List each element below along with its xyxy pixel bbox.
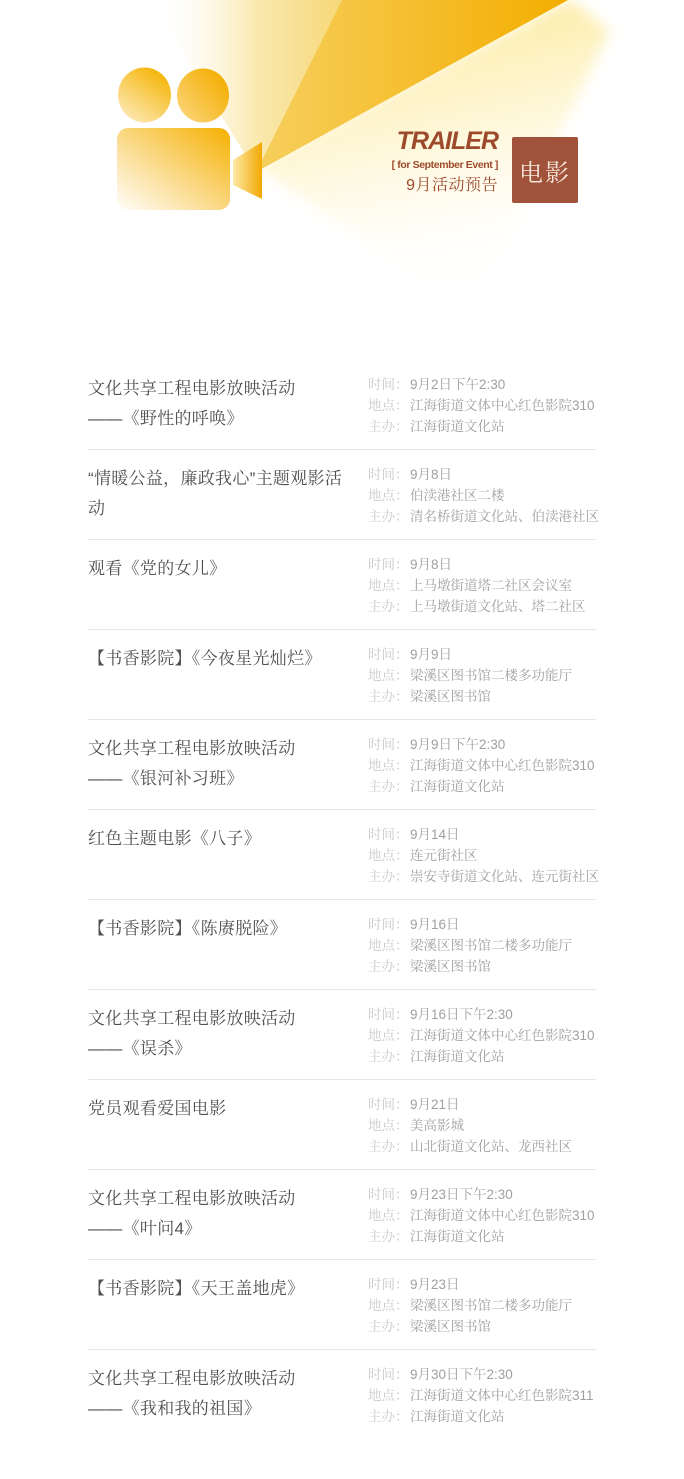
event-time-label: 时间： bbox=[368, 374, 410, 395]
event-organizer-label: 主办： bbox=[368, 1316, 410, 1337]
event-organizer-value: 江海街道文化站 bbox=[410, 419, 505, 434]
event-organizer-line: 主办：江海街道文化站 bbox=[368, 776, 596, 797]
event-place-label: 地点： bbox=[368, 755, 410, 776]
event-time-value: 9月16日下午2:30 bbox=[410, 1007, 513, 1022]
event-organizer-label: 主办： bbox=[368, 1226, 410, 1247]
event-place-label: 地点： bbox=[368, 395, 410, 416]
event-place-label: 地点： bbox=[368, 575, 410, 596]
event-organizer-line: 主办：清名桥街道文化站、伯渎港社区 bbox=[368, 506, 596, 527]
event-time-label: 时间： bbox=[368, 824, 410, 845]
projector-graphic bbox=[0, 0, 684, 360]
event-place-line: 地点：江海街道文体中心红色影院310 bbox=[368, 395, 596, 416]
event-organizer-value: 江海街道文化站 bbox=[410, 1409, 505, 1424]
event-place-label: 地点： bbox=[368, 1205, 410, 1226]
event-place-line: 地点：梁溪区图书馆二楼多功能厅 bbox=[368, 935, 596, 956]
event-organizer-label: 主办： bbox=[368, 776, 410, 797]
event-row: 文化共享工程电影放映活动——《银河补习班》 时间：9月9日下午2:30 地点：江… bbox=[88, 720, 596, 810]
event-info: 时间：9月8日 地点：上马墩街道塔二社区会议室 主办：上马墩街道文化站、塔二社区 bbox=[368, 554, 596, 629]
event-organizer-label: 主办： bbox=[368, 686, 410, 707]
event-place-label: 地点： bbox=[368, 485, 410, 506]
event-time-line: 时间：9月16日 bbox=[368, 914, 596, 935]
event-organizer-line: 主办：上马墩街道文化站、塔二社区 bbox=[368, 596, 596, 617]
event-place-line: 地点：江海街道文体中心红色影院311 bbox=[368, 1385, 596, 1406]
event-time-line: 时间：9月23日 bbox=[368, 1274, 596, 1295]
event-place-line: 地点：伯渎港社区二楼 bbox=[368, 485, 596, 506]
event-place-value: 梁溪区图书馆二楼多功能厅 bbox=[410, 668, 572, 683]
event-place-label: 地点： bbox=[368, 665, 410, 686]
event-place-line: 地点：上马墩街道塔二社区会议室 bbox=[368, 575, 596, 596]
event-title: 【书香影院】《天王盖地虎》 bbox=[88, 1274, 368, 1349]
event-time-line: 时间：9月9日 bbox=[368, 644, 596, 665]
event-time-line: 时间：9月30日下午2:30 bbox=[368, 1364, 596, 1385]
event-organizer-label: 主办： bbox=[368, 506, 410, 527]
event-place-value: 江海街道文体中心红色影院310 bbox=[410, 398, 595, 413]
brand-block: TRAILER [ for September Event ] 9月活动预告 bbox=[384, 128, 498, 195]
event-row: 文化共享工程电影放映活动——《叶问4》 时间：9月23日下午2:30 地点：江海… bbox=[88, 1170, 596, 1260]
event-organizer-label: 主办： bbox=[368, 416, 410, 437]
event-row: 观看《党的女儿》 时间：9月8日 地点：上马墩街道塔二社区会议室 主办：上马墩街… bbox=[88, 540, 596, 630]
event-place-line: 地点：梁溪区图书馆二楼多功能厅 bbox=[368, 665, 596, 686]
poster-header: TRAILER [ for September Event ] 9月活动预告 电… bbox=[0, 0, 684, 360]
event-organizer-value: 梁溪区图书馆 bbox=[410, 689, 491, 704]
event-place-value: 梁溪区图书馆二楼多功能厅 bbox=[410, 1298, 572, 1313]
event-info: 时间：9月23日下午2:30 地点：江海街道文体中心红色影院310 主办：江海街… bbox=[368, 1184, 596, 1259]
event-place-value: 江海街道文体中心红色影院310 bbox=[410, 1208, 595, 1223]
event-organizer-label: 主办： bbox=[368, 1046, 410, 1067]
event-organizer-line: 主办：江海街道文化站 bbox=[368, 1046, 596, 1067]
event-place-label: 地点： bbox=[368, 845, 410, 866]
event-time-value: 9月9日下午2:30 bbox=[410, 737, 505, 752]
projector-body bbox=[117, 128, 230, 210]
event-place-value: 江海街道文体中心红色影院310 bbox=[410, 1028, 595, 1043]
event-row: 文化共享工程电影放映活动——《误杀》 时间：9月16日下午2:30 地点：江海街… bbox=[88, 990, 596, 1080]
event-time-value: 9月14日 bbox=[410, 827, 460, 842]
event-place-value: 上马墩街道塔二社区会议室 bbox=[410, 578, 572, 593]
event-title: 文化共享工程电影放映活动——《误杀》 bbox=[88, 1004, 368, 1079]
film-reel-right-icon bbox=[177, 69, 229, 123]
event-organizer-value: 上马墩街道文化站、塔二社区 bbox=[410, 599, 586, 614]
event-time-value: 9月21日 bbox=[410, 1097, 460, 1112]
trailer-subtitle: [ for September Event ] bbox=[384, 159, 498, 171]
event-organizer-line: 主办：梁溪区图书馆 bbox=[368, 686, 596, 707]
event-title: 【书香影院】《今夜星光灿烂》 bbox=[88, 644, 368, 719]
event-info: 时间：9月23日 地点：梁溪区图书馆二楼多功能厅 主办：梁溪区图书馆 bbox=[368, 1274, 596, 1349]
event-time-line: 时间：9月14日 bbox=[368, 824, 596, 845]
event-organizer-label: 主办： bbox=[368, 866, 410, 887]
event-time-label: 时间： bbox=[368, 644, 410, 665]
event-organizer-line: 主办：江海街道文化站 bbox=[368, 416, 596, 437]
event-organizer-label: 主办： bbox=[368, 1136, 410, 1157]
event-time-label: 时间： bbox=[368, 1004, 410, 1025]
event-time-label: 时间： bbox=[368, 734, 410, 755]
event-place-value: 梁溪区图书馆二楼多功能厅 bbox=[410, 938, 572, 953]
event-info: 时间：9月9日 地点：梁溪区图书馆二楼多功能厅 主办：梁溪区图书馆 bbox=[368, 644, 596, 719]
event-info: 时间：9月2日下午2:30 地点：江海街道文体中心红色影院310 主办：江海街道… bbox=[368, 374, 596, 449]
event-title: 文化共享工程电影放映活动——《银河补习班》 bbox=[88, 734, 368, 809]
event-row: 【书香影院】《陈赓脱险》 时间：9月16日 地点：梁溪区图书馆二楼多功能厅 主办… bbox=[88, 900, 596, 990]
event-organizer-line: 主办：江海街道文化站 bbox=[368, 1226, 596, 1247]
event-time-label: 时间： bbox=[368, 1274, 410, 1295]
event-organizer-line: 主办：梁溪区图书馆 bbox=[368, 956, 596, 977]
event-info: 时间：9月21日 地点：美高影城 主办：山北街道文化站、龙西社区 bbox=[368, 1094, 596, 1169]
event-row: 红色主题电影《八子》 时间：9月14日 地点：连元街社区 主办：崇安寺街道文化站… bbox=[88, 810, 596, 900]
event-time-label: 时间： bbox=[368, 464, 410, 485]
event-organizer-value: 江海街道文化站 bbox=[410, 1229, 505, 1244]
event-row: 【书香影院】《天王盖地虎》 时间：9月23日 地点：梁溪区图书馆二楼多功能厅 主… bbox=[88, 1260, 596, 1350]
event-time-line: 时间：9月21日 bbox=[368, 1094, 596, 1115]
event-time-line: 时间：9月8日 bbox=[368, 464, 596, 485]
event-organizer-line: 主办：山北街道文化站、龙西社区 bbox=[368, 1136, 596, 1157]
event-place-value: 江海街道文体中心红色影院310 bbox=[410, 758, 595, 773]
event-row: “情暖公益，廉政我心”主题观影活动 时间：9月8日 地点：伯渎港社区二楼 主办：… bbox=[88, 450, 596, 540]
event-place-label: 地点： bbox=[368, 1385, 410, 1406]
event-place-line: 地点：江海街道文体中心红色影院310 bbox=[368, 1205, 596, 1226]
poster-page: TRAILER [ for September Event ] 9月活动预告 电… bbox=[0, 0, 684, 1440]
event-organizer-value: 梁溪区图书馆 bbox=[410, 1319, 491, 1334]
event-row: 【书香影院】《今夜星光灿烂》 时间：9月9日 地点：梁溪区图书馆二楼多功能厅 主… bbox=[88, 630, 596, 720]
event-title: 文化共享工程电影放映活动——《叶问4》 bbox=[88, 1184, 368, 1259]
event-title: 观看《党的女儿》 bbox=[88, 554, 368, 629]
event-time-label: 时间： bbox=[368, 554, 410, 575]
event-time-label: 时间： bbox=[368, 1364, 410, 1385]
event-time-line: 时间：9月8日 bbox=[368, 554, 596, 575]
event-place-value: 江海街道文体中心红色影院311 bbox=[410, 1388, 594, 1403]
event-place-line: 地点：连元街社区 bbox=[368, 845, 596, 866]
event-time-value: 9月9日 bbox=[410, 647, 452, 662]
event-organizer-line: 主办：江海街道文化站 bbox=[368, 1406, 596, 1427]
event-organizer-line: 主办：梁溪区图书馆 bbox=[368, 1316, 596, 1337]
event-organizer-value: 江海街道文化站 bbox=[410, 1049, 505, 1064]
event-time-line: 时间：9月2日下午2:30 bbox=[368, 374, 596, 395]
event-title: 文化共享工程电影放映活动——《野性的呼唤》 bbox=[88, 374, 368, 449]
event-row: 党员观看爱国电影 时间：9月21日 地点：美高影城 主办：山北街道文化站、龙西社… bbox=[88, 1080, 596, 1170]
category-badge: 电影 bbox=[512, 137, 578, 203]
event-organizer-value: 崇安寺街道文化站、连元街社区 bbox=[410, 869, 599, 884]
event-place-value: 连元街社区 bbox=[410, 848, 478, 863]
event-time-line: 时间：9月23日下午2:30 bbox=[368, 1184, 596, 1205]
event-title: 红色主题电影《八子》 bbox=[88, 824, 368, 899]
event-time-value: 9月30日下午2:30 bbox=[410, 1367, 513, 1382]
event-time-value: 9月23日下午2:30 bbox=[410, 1187, 513, 1202]
event-place-line: 地点：江海街道文体中心红色影院310 bbox=[368, 755, 596, 776]
event-time-line: 时间：9月16日下午2:30 bbox=[368, 1004, 596, 1025]
month-title: 9月活动预告 bbox=[384, 176, 498, 195]
event-time-label: 时间： bbox=[368, 1094, 410, 1115]
event-place-label: 地点： bbox=[368, 1025, 410, 1046]
event-title: 党员观看爱国电影 bbox=[88, 1094, 368, 1169]
event-place-label: 地点： bbox=[368, 1295, 410, 1316]
event-organizer-value: 江海街道文化站 bbox=[410, 779, 505, 794]
event-info: 时间：9月9日下午2:30 地点：江海街道文体中心红色影院310 主办：江海街道… bbox=[368, 734, 596, 809]
event-organizer-label: 主办： bbox=[368, 956, 410, 977]
event-row: 文化共享工程电影放映活动——《野性的呼唤》 时间：9月2日下午2:30 地点：江… bbox=[88, 360, 596, 450]
event-title: 【书香影院】《陈赓脱险》 bbox=[88, 914, 368, 989]
film-reel-left-icon bbox=[118, 68, 171, 123]
event-place-line: 地点：美高影城 bbox=[368, 1115, 596, 1136]
event-time-line: 时间：9月9日下午2:30 bbox=[368, 734, 596, 755]
event-time-value: 9月2日下午2:30 bbox=[410, 377, 505, 392]
event-info: 时间：9月14日 地点：连元街社区 主办：崇安寺街道文化站、连元街社区 bbox=[368, 824, 596, 899]
event-info: 时间：9月30日下午2:30 地点：江海街道文体中心红色影院311 主办：江海街… bbox=[368, 1364, 596, 1440]
event-time-value: 9月16日 bbox=[410, 917, 460, 932]
event-place-line: 地点：梁溪区图书馆二楼多功能厅 bbox=[368, 1295, 596, 1316]
event-time-value: 9月23日 bbox=[410, 1277, 460, 1292]
event-place-line: 地点：江海街道文体中心红色影院310 bbox=[368, 1025, 596, 1046]
event-list: 文化共享工程电影放映活动——《野性的呼唤》 时间：9月2日下午2:30 地点：江… bbox=[88, 360, 596, 1440]
event-time-label: 时间： bbox=[368, 1184, 410, 1205]
trailer-title: TRAILER bbox=[384, 128, 498, 155]
event-row: 文化共享工程电影放映活动——《我和我的祖国》 时间：9月30日下午2:30 地点… bbox=[88, 1350, 596, 1440]
event-time-value: 9月8日 bbox=[410, 467, 452, 482]
event-time-label: 时间： bbox=[368, 914, 410, 935]
event-organizer-value: 梁溪区图书馆 bbox=[410, 959, 491, 974]
event-info: 时间：9月8日 地点：伯渎港社区二楼 主办：清名桥街道文化站、伯渎港社区 bbox=[368, 464, 596, 539]
event-place-value: 美高影城 bbox=[410, 1118, 464, 1133]
event-info: 时间：9月16日下午2:30 地点：江海街道文体中心红色影院310 主办：江海街… bbox=[368, 1004, 596, 1079]
event-time-value: 9月8日 bbox=[410, 557, 452, 572]
event-organizer-label: 主办： bbox=[368, 596, 410, 617]
event-title: 文化共享工程电影放映活动——《我和我的祖国》 bbox=[88, 1364, 368, 1440]
event-place-label: 地点： bbox=[368, 1115, 410, 1136]
event-organizer-label: 主办： bbox=[368, 1406, 410, 1427]
event-place-value: 伯渎港社区二楼 bbox=[410, 488, 505, 503]
event-organizer-line: 主办：崇安寺街道文化站、连元街社区 bbox=[368, 866, 596, 887]
event-organizer-value: 山北街道文化站、龙西社区 bbox=[410, 1139, 572, 1154]
event-place-label: 地点： bbox=[368, 935, 410, 956]
event-title: “情暖公益，廉政我心”主题观影活动 bbox=[88, 464, 368, 539]
event-info: 时间：9月16日 地点：梁溪区图书馆二楼多功能厅 主办：梁溪区图书馆 bbox=[368, 914, 596, 989]
event-organizer-value: 清名桥街道文化站、伯渎港社区 bbox=[410, 509, 599, 524]
